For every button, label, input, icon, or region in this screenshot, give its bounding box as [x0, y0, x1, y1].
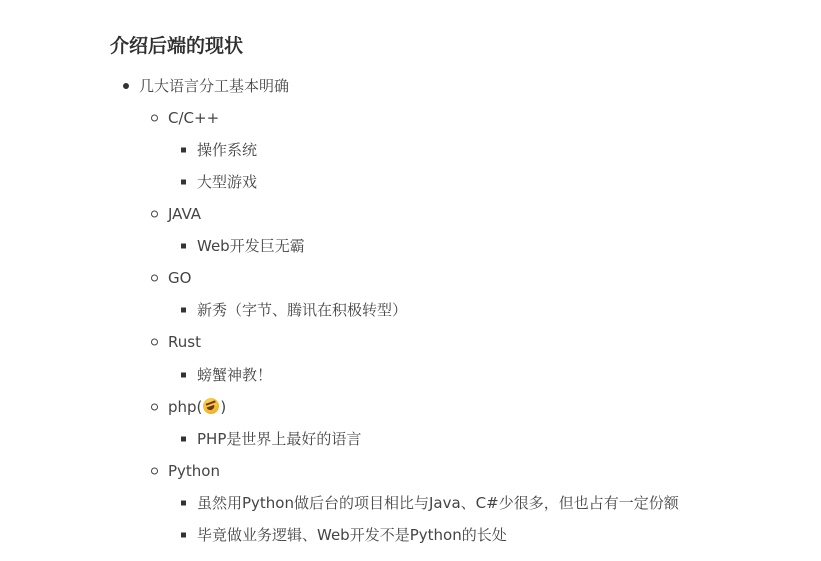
square-bullet-icon — [181, 180, 186, 185]
circle-bullet-icon — [151, 404, 158, 411]
point-text: 新秀（字节、腾讯在积极转型） — [197, 299, 407, 321]
language-name-prefix: php( — [168, 398, 202, 416]
list-item-label: 几大语言分工基本明确 — [139, 75, 289, 97]
point-text: 毕竟做业务逻辑、Web开发不是Python的长处 — [197, 524, 507, 546]
language-name: C/C++ — [168, 107, 219, 129]
square-bullet-icon — [181, 308, 186, 313]
point-text: 大型游戏 — [197, 171, 257, 193]
square-bullet-icon — [181, 437, 186, 442]
point-text: 虽然用Python做后台的项目相比与Java、C#少很多，但也占有一定份额 — [197, 492, 679, 514]
circle-bullet-icon — [151, 115, 158, 122]
language-name: Python — [168, 460, 220, 482]
language-name: php() — [168, 396, 226, 418]
language-name-suffix: ) — [220, 398, 226, 416]
circle-bullet-icon — [151, 275, 158, 282]
circle-bullet-icon — [151, 211, 158, 218]
language-name: Rust — [168, 331, 201, 353]
document: 介绍后端的现状 几大语言分工基本明确 C/C++ 操作系统 大型游戏 JAVA … — [0, 0, 821, 561]
circle-bullet-icon — [151, 468, 158, 475]
disc-bullet-icon — [123, 83, 129, 89]
square-bullet-icon — [181, 148, 186, 153]
point-text: 操作系统 — [197, 139, 257, 161]
square-bullet-icon — [181, 501, 186, 506]
square-bullet-icon — [181, 533, 186, 538]
square-bullet-icon — [181, 244, 186, 249]
point-text: 螃蟹神教！ — [197, 364, 272, 386]
circle-bullet-icon — [151, 339, 158, 346]
point-text: Web开发巨无霸 — [197, 235, 305, 257]
square-bullet-icon — [181, 373, 186, 378]
language-name: JAVA — [168, 203, 201, 225]
laughing-emoji-icon — [203, 398, 219, 414]
point-text: PHP是世界上最好的语言 — [197, 428, 361, 450]
language-name: GO — [168, 267, 191, 289]
section-heading: 介绍后端的现状 — [110, 34, 243, 58]
